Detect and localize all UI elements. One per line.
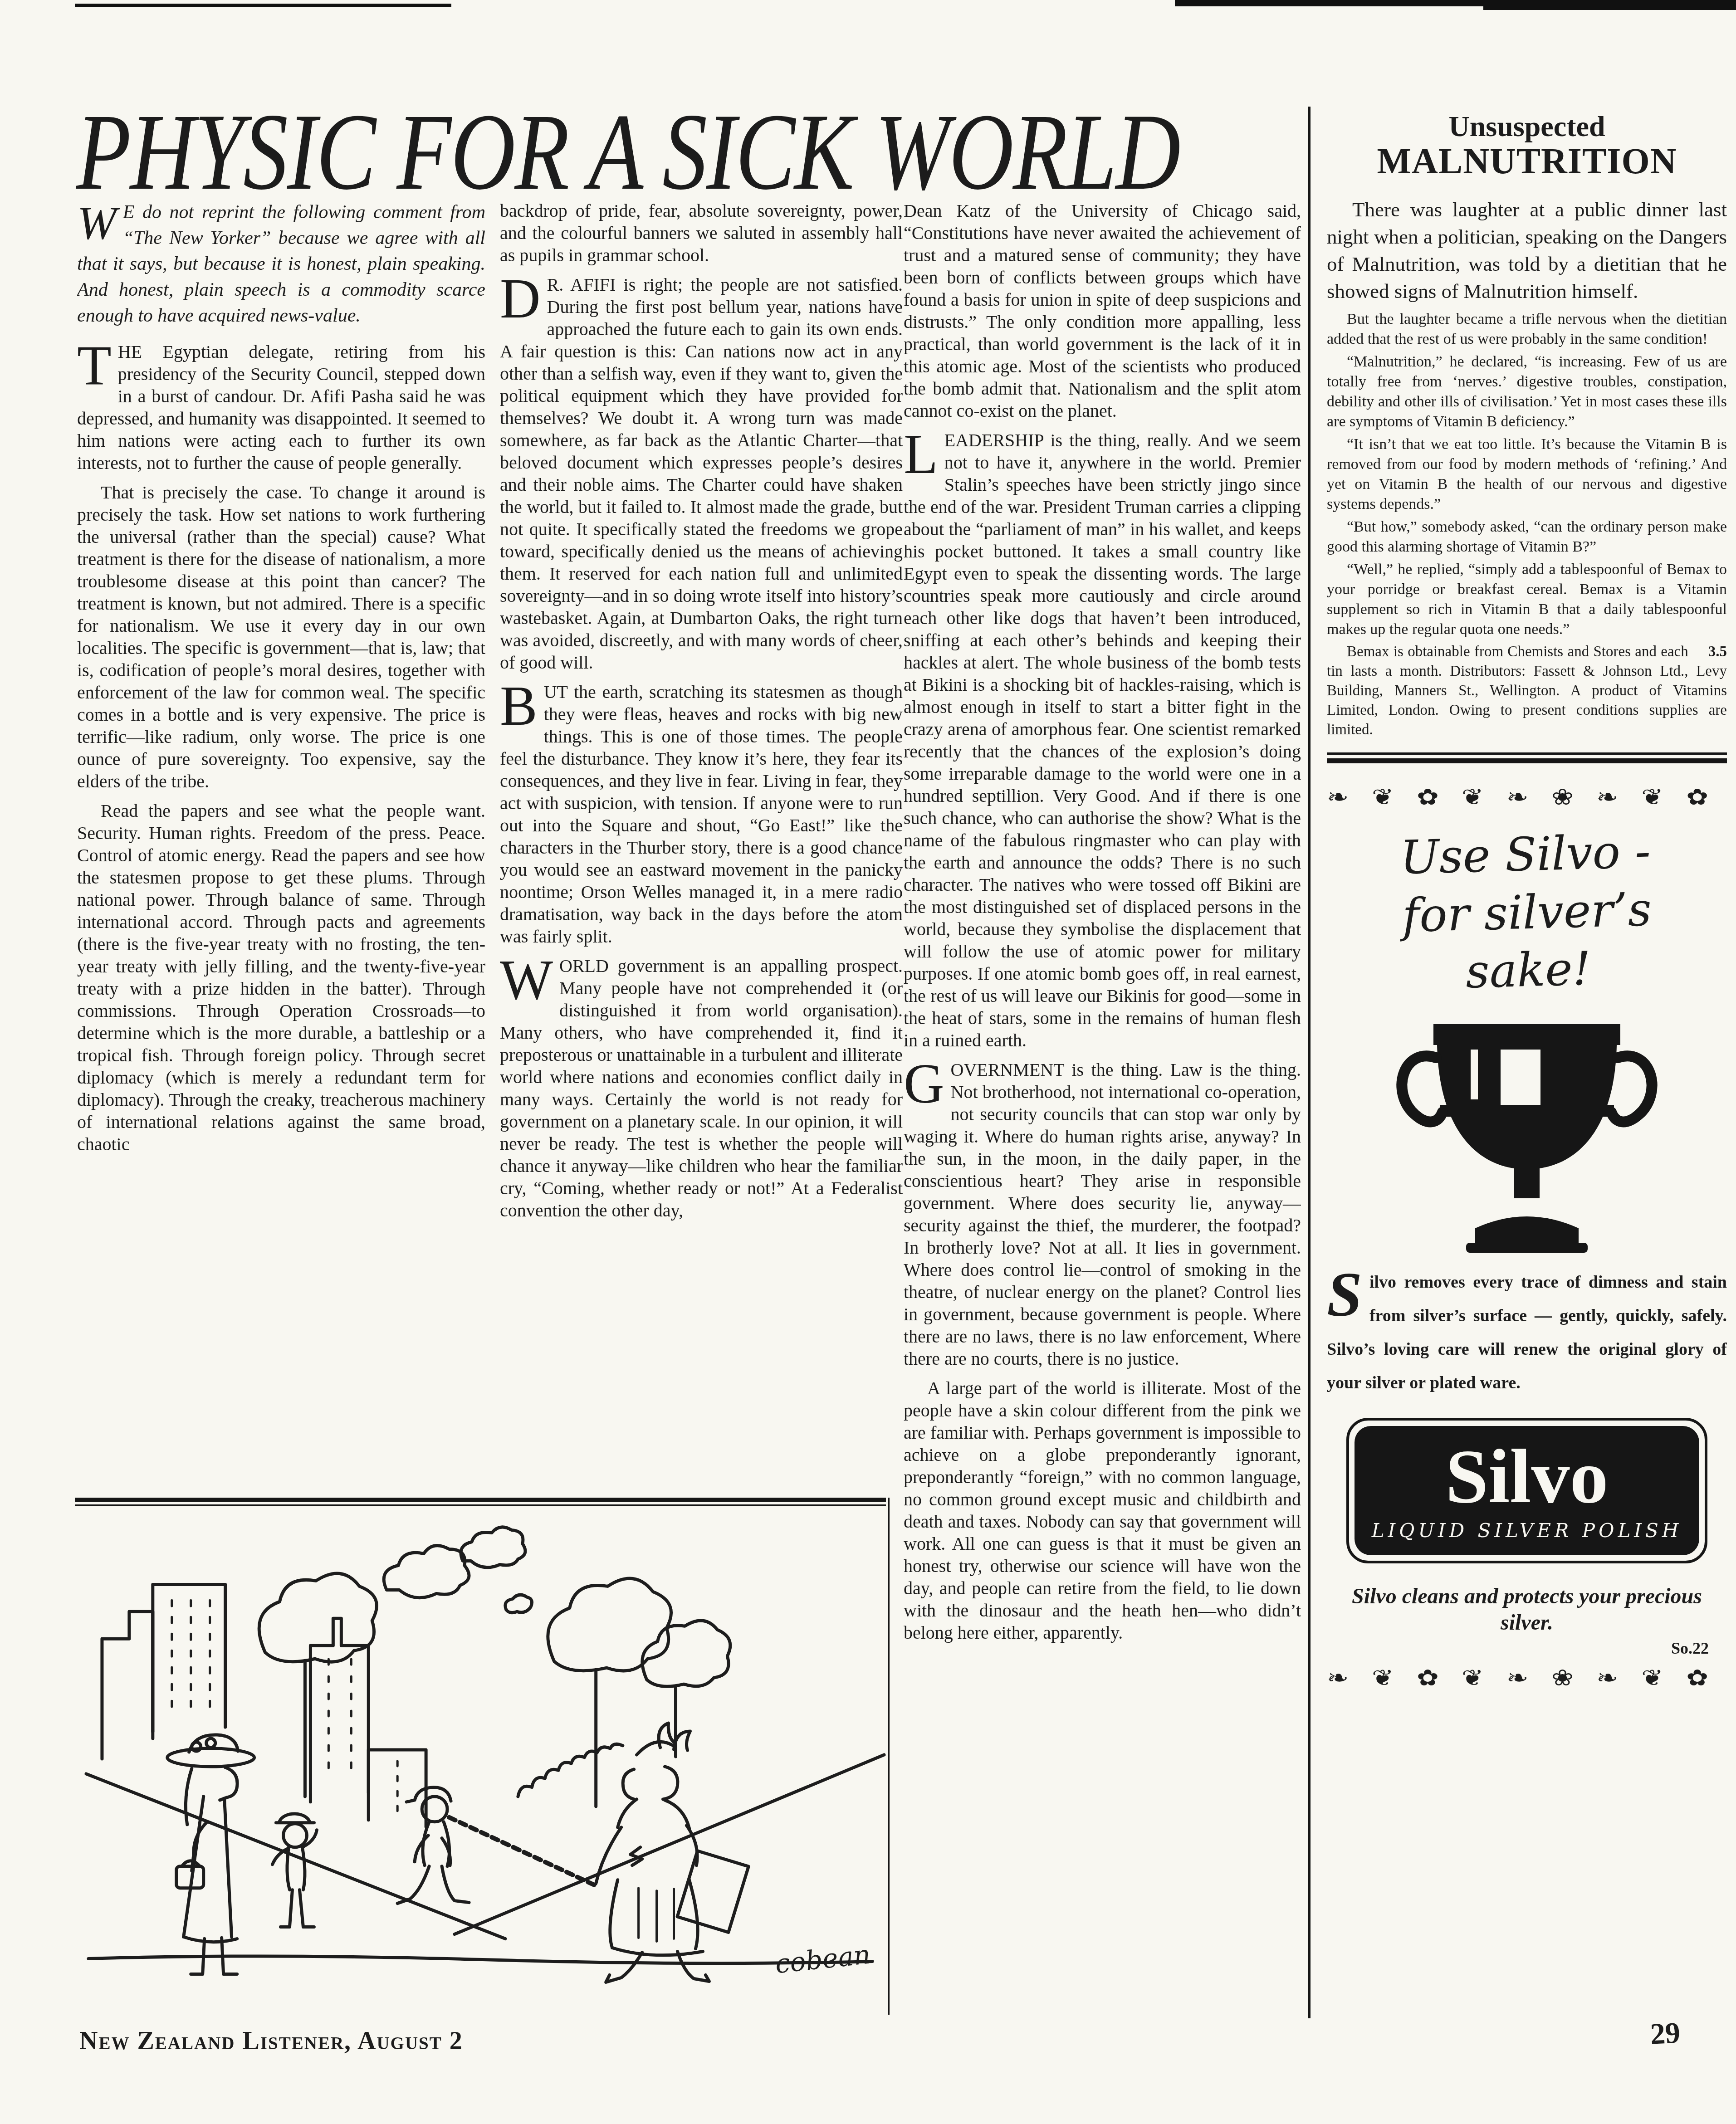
building-left [102,1611,153,1759]
child-arm-raised [302,1830,317,1847]
article-column-2: backdrop of pride, fear, absolute sovere… [500,200,903,1490]
left-woman-hat-brim [167,1748,254,1767]
malnutrition-paragraph: “But how,” somebody asked, “can the ordi… [1327,517,1727,557]
right-woman-parcel [677,1851,748,1933]
paragraph: DR. AFIFI is right; the people are not s… [500,273,903,674]
left-woman-arm [192,1822,207,1871]
tree-crown [548,1578,671,1671]
malnutrition-paragraph: “It isn’t that we eat too little. It’s b… [1327,435,1727,514]
dropcap-w2: W [500,955,559,1001]
ad-key-number: 3.5 [1688,642,1727,662]
sidebar: Unsuspected MALNUTRITION There was laugh… [1327,111,1727,2021]
right-woman-hair-bun [663,1767,678,1799]
malnutrition-paragraph: 3.5Bemax is obtainable from Chemists and… [1327,642,1727,740]
left-woman-hem [184,1937,237,1942]
right-woman-shoulder [665,1800,690,1828]
silvo-logo-badge: Silvo LIQUID SILVER POLISH [1346,1418,1707,1563]
scan-artifact-top-corner [1483,0,1736,10]
paragraph-text: UT the earth, scratching its statesmen a… [500,682,903,947]
trophy-cup-image [1386,1016,1668,1261]
ground-line [88,1956,872,1963]
silvo-headline-line3: sake! [1328,937,1727,1005]
dropcap-l: L [904,429,944,475]
malnutrition-heading-line2: MALNUTRITION [1327,142,1727,181]
cloud [384,1546,469,1598]
building-mid [153,1584,225,1732]
leash-chain [449,1817,595,1885]
child-leg [280,1890,292,1927]
right-woman-shoulder [618,1799,637,1827]
publication-footer: New Zealand Listener, August 2 [79,2026,463,2056]
paragraph-text: R. AFIFI is right; the people are not sa… [500,274,903,673]
hill-line-right [455,1755,884,1934]
cup-handle-left [1402,1056,1443,1122]
left-woman-face [220,1768,237,1800]
dropcap-g: G [904,1059,951,1105]
dropcap-w: W [77,200,123,241]
tree-crown [642,1621,730,1686]
child-head [283,1824,307,1847]
dropcap-t: T [77,341,118,387]
article-headline: PHYSIC FOR A SICK WORLD [76,89,1301,215]
right-woman-face [623,1769,634,1799]
skirt-folds [639,1888,674,1942]
page-number: 29 [1649,2016,1681,2051]
silvo-headline-line1: Use Silvo - [1327,821,1726,889]
right-woman-hat [637,1742,675,1755]
right-woman-skirt [610,1880,618,1948]
paragraph: BUT the earth, scratching its statesmen … [500,681,903,947]
dropcap-d: D [500,273,547,320]
malnutrition-paragraph: “Malnutrition,” he declared, “is increas… [1327,352,1727,432]
hat-flower [192,1742,201,1751]
cartoon-illustration: cobean [75,1498,886,2009]
cloud [461,1527,525,1567]
scan-artifact-top-left [75,4,451,7]
child-leg [299,1890,314,1927]
paragraph: Read the papers and see what the people … [77,800,485,1155]
toddler-body [423,1822,429,1865]
newspaper-page: PHYSIC FOR A SICK WORLD WE do not reprin… [0,0,1736,2124]
silvo-advertisement: ❧ ❦ ✿ ❦ ❧ ❀ ❧ ❦ ✿ ❦ ❧ Use Silvo - for si… [1327,763,1727,1693]
right-woman-hem [612,1948,703,1955]
malnutrition-distributor-text: Bemax is obtainable from Chemists and St… [1327,644,1727,738]
malnutrition-article: Unsuspected MALNUTRITION There was laugh… [1327,111,1727,763]
dropcap-s: S [1327,1265,1369,1317]
cloud-small [505,1595,532,1612]
dropcap-b: B [500,681,544,727]
paragraph-text: EADERSHIP is the thing, really. And we s… [904,430,1301,1050]
paragraph: THE Egyptian delegate, retiring from his… [77,341,485,474]
silvo-logo-text: Silvo [1359,1438,1695,1515]
paragraph: A large part of the world is illiterate.… [904,1377,1301,1644]
paragraph: That is precisely the case. To change it… [77,481,485,792]
silvo-headline: Use Silvo - for silver’s sake! [1327,821,1727,1005]
right-woman-skirt [689,1880,698,1949]
paragraph: Dean Katz of the University of Chicago s… [904,200,1301,422]
right-woman-arm-leash [596,1827,621,1884]
article-column-1: WE do not reprint the following comment … [77,200,485,1490]
right-woman-leg-front [606,1953,642,1982]
silvo-headline-line2: for silver’s [1327,879,1727,947]
malnutrition-paragraph: But the laughter became a trifle nervous… [1327,309,1727,349]
cup-handle-right [1611,1056,1652,1122]
paragraph-text: ORLD government is an appalling prospect… [500,956,903,1221]
child-body [287,1847,290,1890]
sidebar-rule [1327,752,1727,763]
paragraph: LEADERSHIP is the thing, really. And we … [904,429,1301,1051]
right-woman-leg-back [678,1952,709,1982]
silvo-body-rest: ilvo removes every trace of dimness and … [1327,1273,1727,1392]
tree-crown [259,1573,377,1662]
malnutrition-lead: There was laughter at a public dinner la… [1327,196,1727,305]
cartoonist-signature: cobean [774,1939,872,1980]
hat-flower [206,1738,215,1748]
silvo-tagline: Silvo cleans and protects your precious … [1327,1583,1727,1636]
silvo-ad-code: So.22 [1327,1639,1709,1658]
article-column-3: Dean Katz of the University of Chicago s… [904,200,1301,2018]
floral-ornament-top: ❧ ❦ ✿ ❦ ❧ ❀ ❧ ❦ ✿ ❦ ❧ [1327,784,1727,810]
left-woman-coat [225,1798,232,1937]
paragraph: WORLD government is an appalling prospec… [500,955,903,1221]
floral-ornament-bottom: ❧ ❦ ✿ ❦ ❧ ❀ ❧ ❦ ✿ ❦ ❧ [1327,1665,1727,1691]
paragraph: backdrop of pride, fear, absolute sovere… [500,200,903,266]
silvo-logo-subtitle: LIQUID SILVER POLISH [1359,1519,1695,1542]
silvo-body-text: Silvo removes every trace of dimness and… [1327,1265,1727,1400]
paragraph-text: OVERNMENT is the thing. Law is the thing… [904,1060,1301,1369]
child-body [302,1847,305,1890]
cartoon-divider-rule [888,1498,890,2015]
toddler-leg [442,1866,469,1903]
paragraph-text: HE Egyptian delegate, retiring from his … [77,342,485,473]
editor-note: WE do not reprint the following comment … [77,200,485,329]
child-hat [279,1814,309,1822]
paragraph: GOVERNMENT is the thing. Law is the thin… [904,1059,1301,1370]
malnutrition-paragraph: “Well,” he replied, “simply add a tables… [1327,560,1727,640]
cartoon-drawing: cobean [75,1498,886,2007]
building-tower [310,1618,368,1802]
editor-note-text: E do not reprint the following comment f… [77,202,485,326]
malnutrition-heading-line1: Unsuspected [1327,111,1727,142]
shrub-row [512,1740,626,1797]
column-divider-rule [1308,107,1311,2018]
